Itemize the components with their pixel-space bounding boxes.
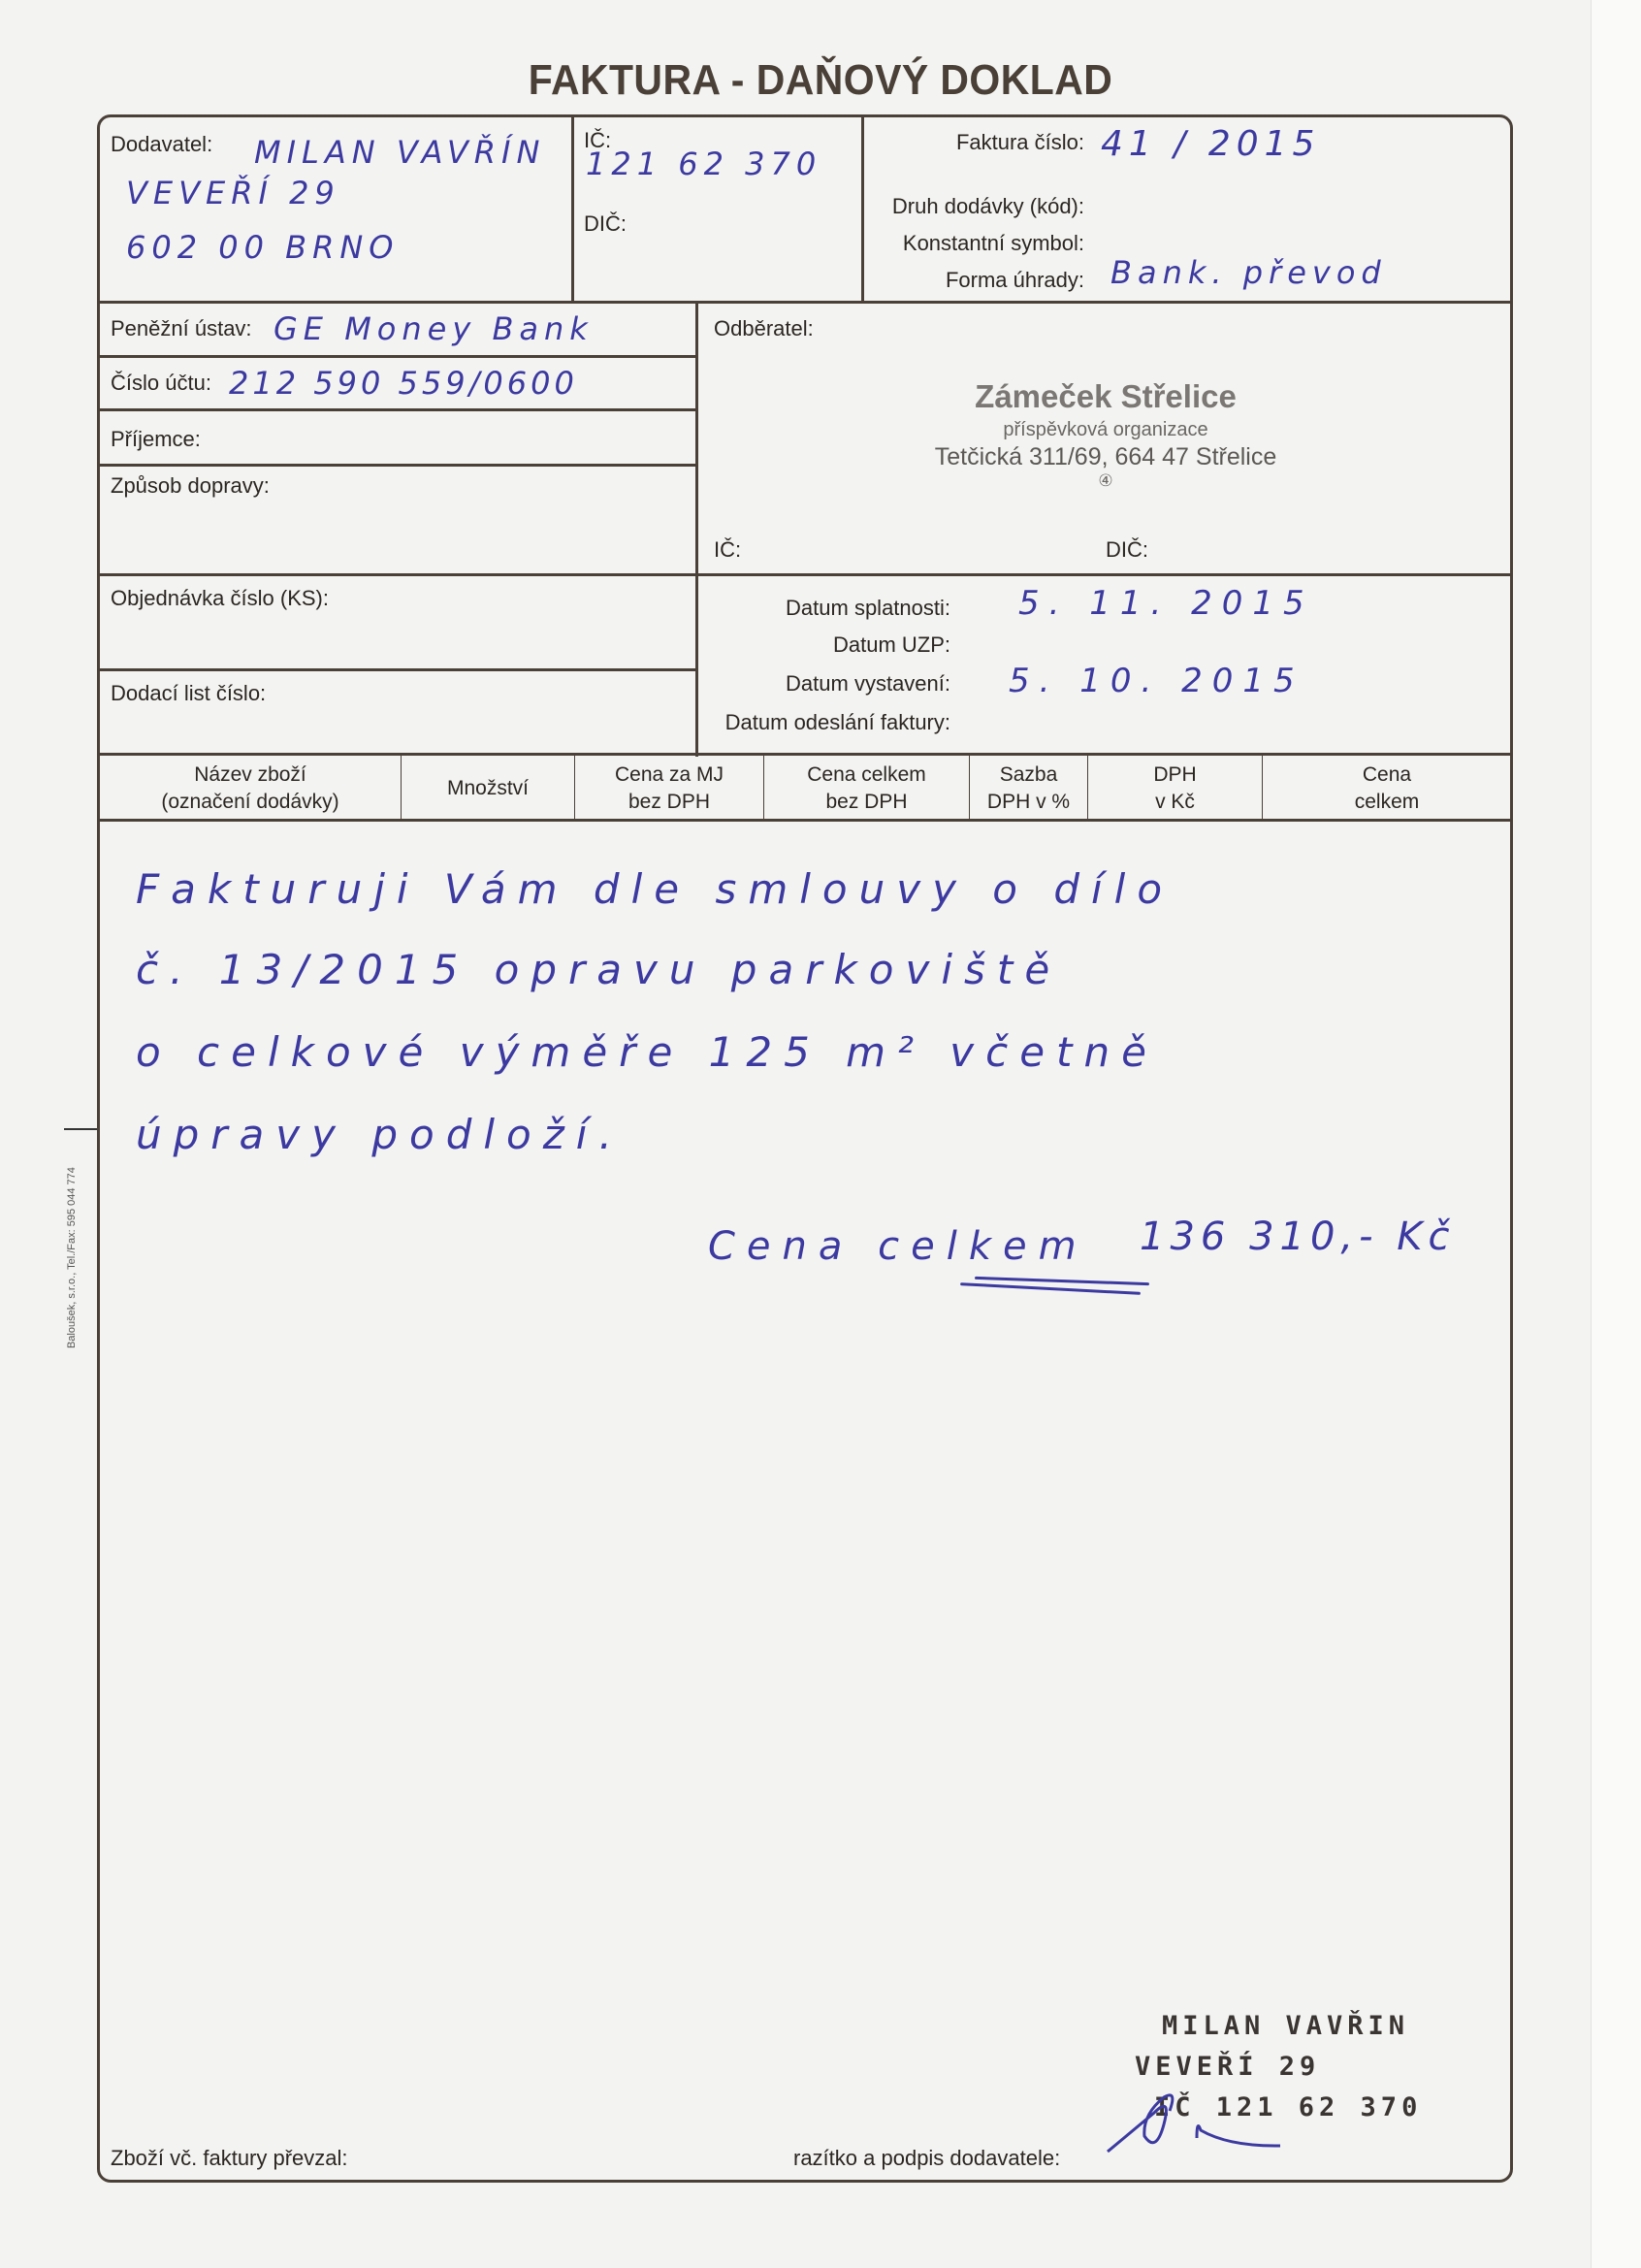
col-header-item-name: Název zboží(označení dodávky) [100,759,401,819]
const-symbol-label: Konstantní symbol: [853,231,1084,256]
divider [97,355,697,358]
issued-date-value[interactable]: 5. 10. 2015 [1009,662,1304,700]
delivery-note-label: Dodací list číslo: [111,681,266,706]
signature-icon [1096,2076,1280,2163]
received-by-label: Zboží vč. faktury převzal: [111,2146,348,2171]
supplier-dic-label: DIČ: [584,211,627,237]
customer-ic-label: IČ: [714,537,741,563]
customer-stamp-name: Zámeček Střelice [698,378,1513,415]
col-header-unit-price: Cena za MJbez DPH [575,759,763,819]
divider [97,464,697,467]
supplier-stamp-line: MILAN VAVŘIN [1135,2006,1422,2047]
total-label: Cena celkem [708,1224,1088,1269]
customer-stamp-code: ④ [698,471,1513,491]
divider [97,301,1513,304]
account-label: Číslo účtu: [111,371,211,396]
bank-value[interactable]: GE Money Bank [273,310,594,347]
item-description-line[interactable]: Fakturuji Vám dle smlouvy o dílo [136,865,1174,913]
invoice-number-value[interactable]: 41 / 2015 [1101,124,1320,164]
supplier-ic-value[interactable]: 121 62 370 [586,146,821,182]
col-header-vat-amount: DPHv Kč [1088,759,1262,819]
uzp-date-label: Datum UZP: [698,632,950,658]
account-value[interactable]: 212 590 559/0600 [229,365,578,402]
transport-label: Způsob dopravy: [111,473,270,499]
customer-stamp-address: Tetčická 311/69, 664 47 Střelice [698,443,1513,471]
divider [97,573,1513,576]
divider [97,819,1513,822]
item-description-line[interactable]: č. 13/2015 opravu parkoviště [136,946,1061,993]
divider [97,753,1513,756]
invoice-number-label: Faktura číslo: [853,130,1084,155]
scan-edge [1592,0,1641,2268]
customer-stamp-org: příspěvková organizace [698,419,1513,441]
col-header-vat-rate: SazbaDPH v % [970,759,1087,819]
divider [97,668,697,671]
item-description-line[interactable]: o celkové výměře 125 m² včetně [136,1028,1158,1076]
customer-label: Odběratel: [714,316,814,341]
payment-form-value[interactable]: Bank. převod [1110,254,1387,291]
fold-mark [64,1128,97,1130]
customer-dic-label: DIČ: [1106,537,1148,563]
supplier-street[interactable]: VEVEŘÍ 29 [126,175,340,211]
supplier-city[interactable]: 602 00 BRNO [126,229,399,266]
supplier-signature-label: razítko a podpis dodavatele: [793,2146,1060,2171]
due-date-value[interactable]: 5. 11. 2015 [1018,584,1314,623]
col-header-quantity: Množství [402,759,574,819]
printer-imprint: Baloušek, s.r.o., Tel./Fax: 595 044 774 [66,1167,78,1348]
issued-date-label: Datum vystavení: [698,671,950,697]
total-value[interactable]: 136 310,- Kč [1140,1215,1456,1259]
supplier-label: Dodavatel: [111,132,212,157]
col-header-total-net: Cena celkembez DPH [764,759,969,819]
divider [97,408,697,411]
col-header-total: Cenacelkem [1263,759,1511,819]
delivery-type-label: Druh dodávky (kód): [853,194,1084,219]
order-number-label: Objednávka číslo (KS): [111,586,329,611]
sent-date-label: Datum odeslání faktury: [698,710,950,735]
document-title: FAKTURA - DAŇOVÝ DOKLAD [57,56,1584,105]
supplier-name[interactable]: MILAN VAVŘÍN [254,134,545,171]
bank-label: Peněžní ústav: [111,316,252,341]
due-date-label: Datum splatnosti: [698,596,950,621]
payment-form-label: Forma úhrady: [853,268,1084,293]
customer-stamp: Zámeček Střelice příspěvková organizace … [698,378,1513,491]
item-description-line[interactable]: úpravy podloží. [136,1111,624,1158]
divider [571,114,574,303]
recipient-label: Příjemce: [111,427,201,452]
